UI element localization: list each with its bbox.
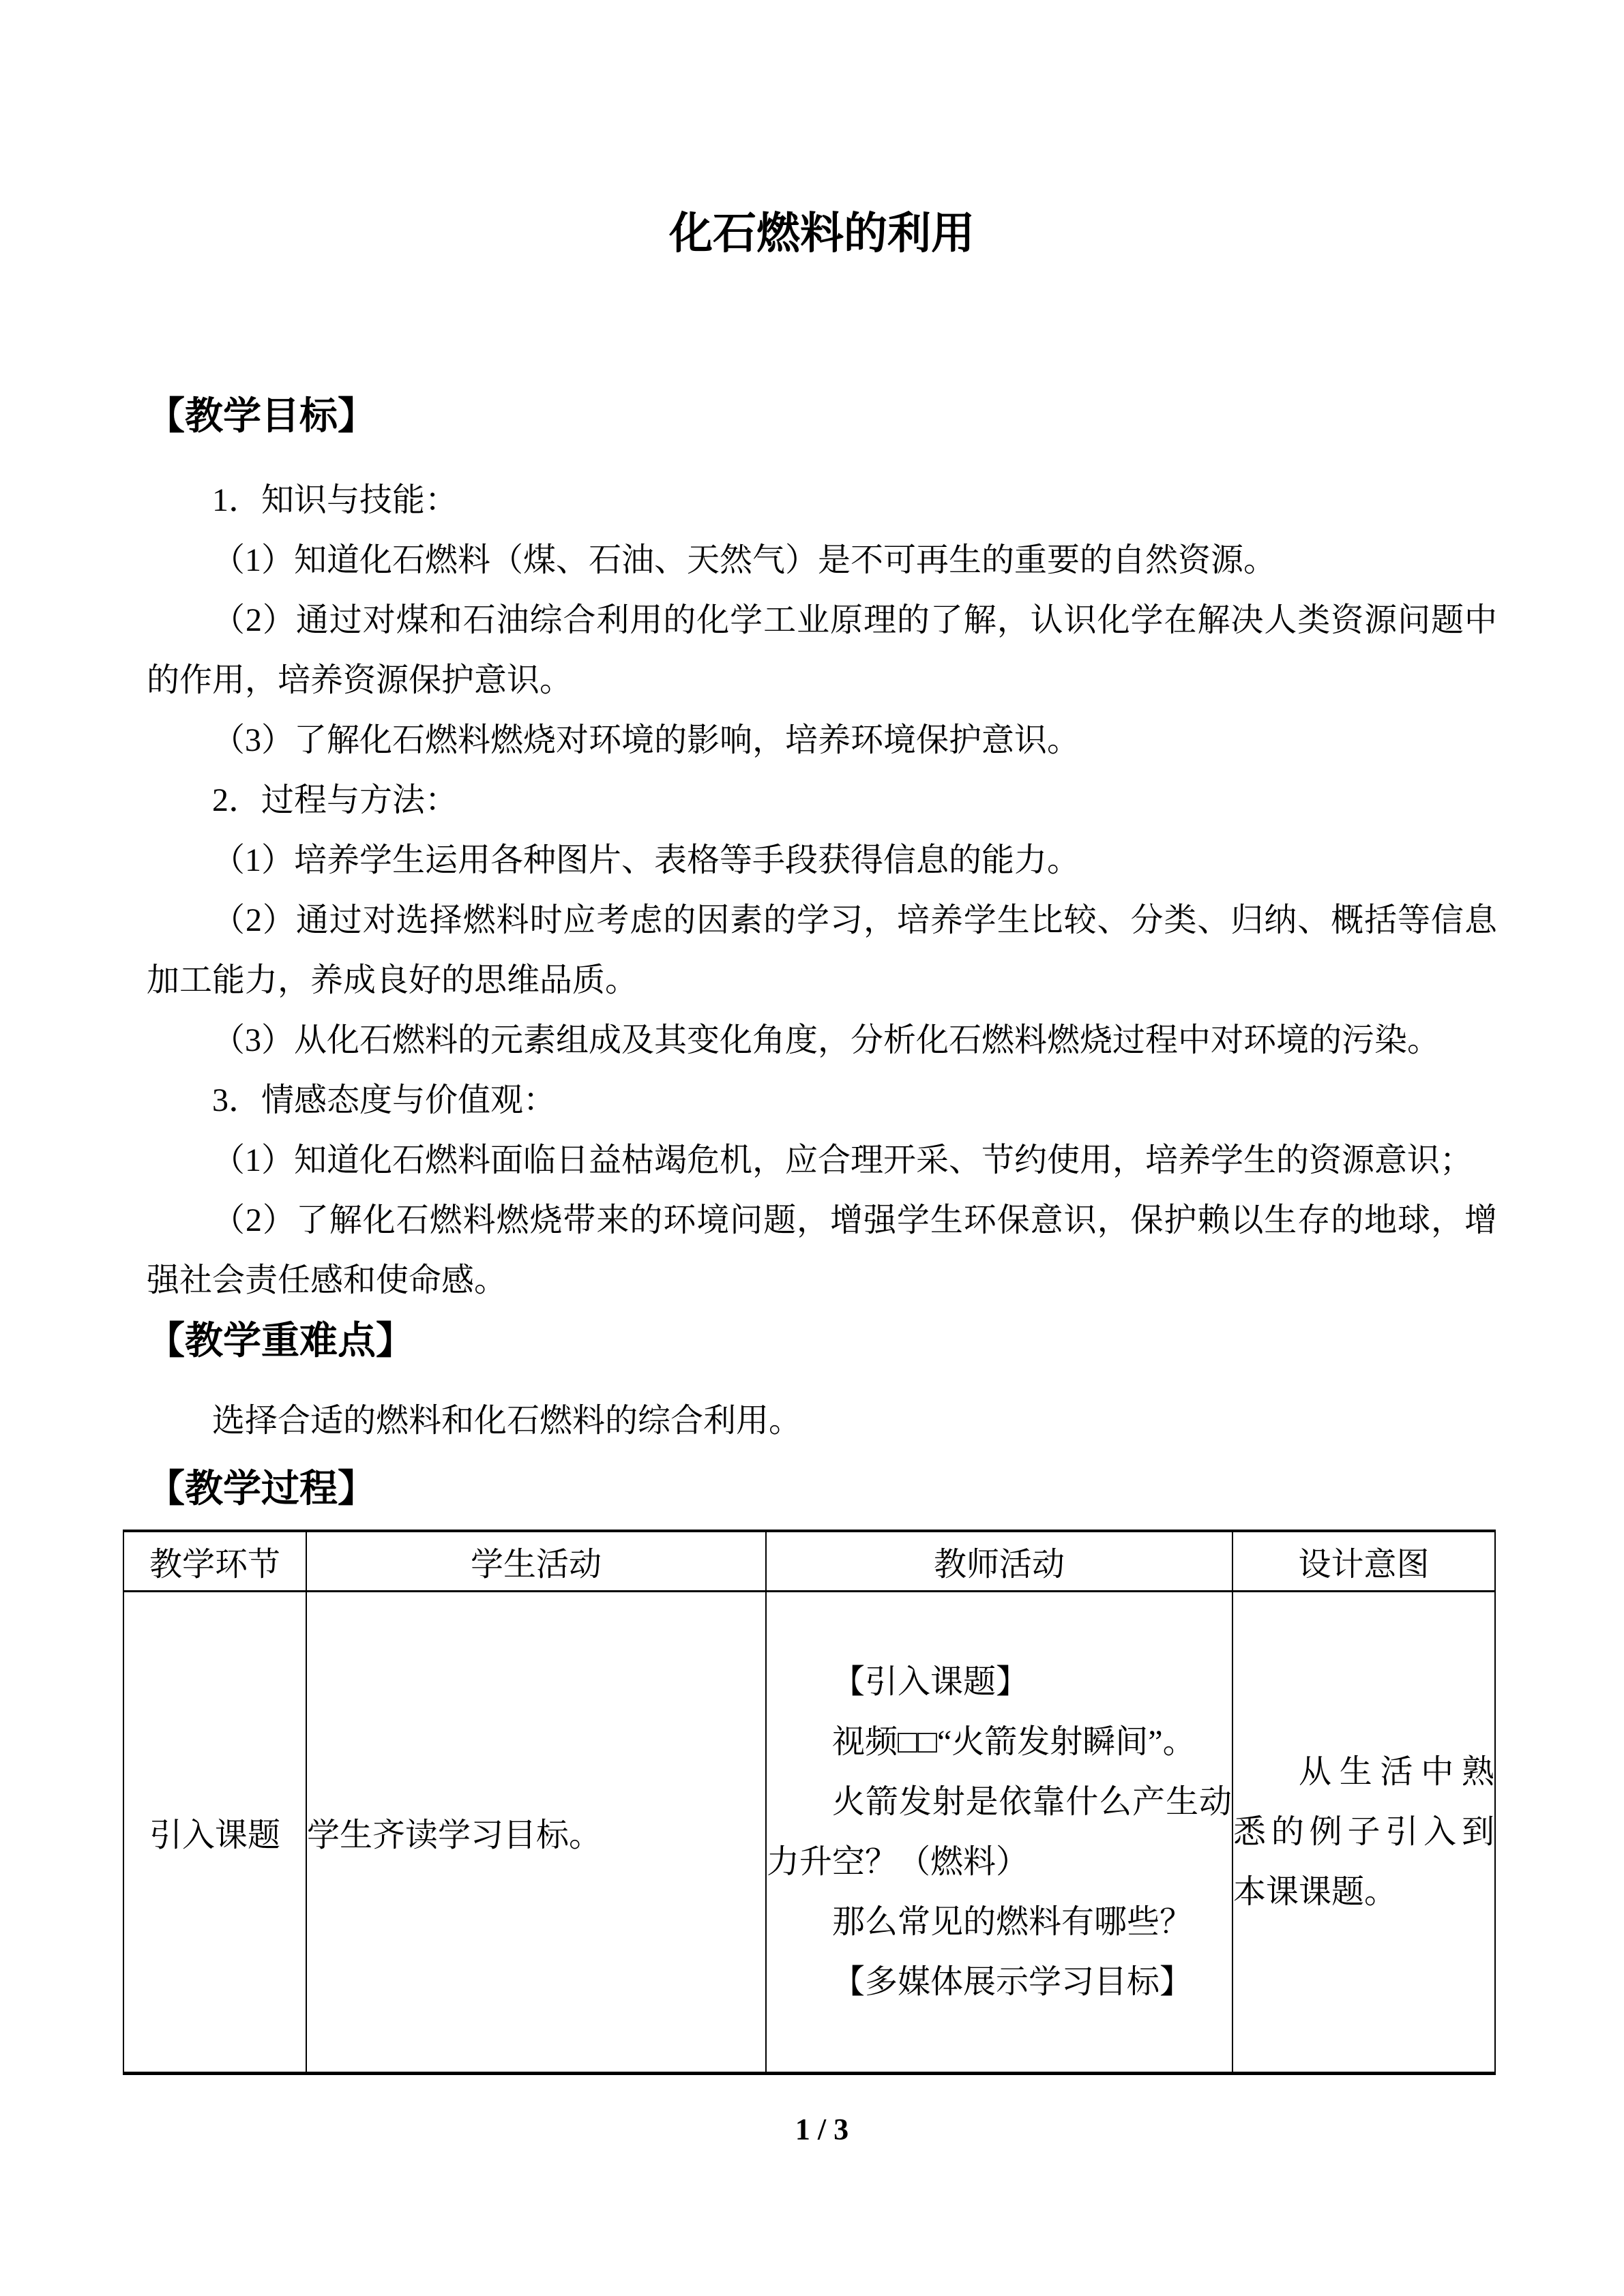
objective-paragraph: （1）知道化石燃料面临日益枯竭危机，应合理开采、节约使用，培养学生的资源意识； — [147, 1131, 1497, 1191]
objective-paragraph: （2）了解化石燃料燃烧带来的环境问题，增强学生环保意识，保护赖以生存的地球，增强… — [147, 1191, 1497, 1311]
heading-teaching-objectives: 【教学目标】 — [147, 389, 1497, 443]
objective-paragraph: （3）了解化石燃料燃烧对环境的影响，培养环境保护意识。 — [147, 711, 1497, 771]
objective-paragraph: （2）通过对选择燃料时应考虑的因素的学习，培养学生比较、分类、归纳、概括等信息加… — [147, 891, 1497, 1011]
document-page: 化石燃料的利用 【教学目标】 1．知识与技能： （1）知道化石燃料（煤、石油、天… — [0, 0, 1624, 2296]
objective-paragraph: 2．过程与方法： — [147, 771, 1497, 831]
column-header-design-intent: 设计意图 — [1232, 1531, 1495, 1592]
heading-teaching-process: 【教学过程】 — [147, 1461, 1497, 1516]
page-number: 1 / 3 — [147, 2109, 1497, 2150]
teacher-activity-paragraph: 【引入课题】 — [767, 1652, 1232, 1712]
teacher-activity-paragraph: 【多媒体展示学习目标】 — [767, 1952, 1232, 2012]
page-title: 化石燃料的利用 — [147, 0, 1497, 265]
heading-key-points: 【教学重难点】 — [147, 1313, 1497, 1368]
objective-paragraph: （1）知道化石燃料（煤、石油、天然气）是不可再生的重要的自然资源。 — [147, 531, 1497, 591]
document-content: 化石燃料的利用 【教学目标】 1．知识与技能： （1）知道化石燃料（煤、石油、天… — [0, 0, 1624, 2150]
teacher-activity-paragraph: 视频□□“火箭发射瞬间”。 — [767, 1712, 1232, 1772]
table-row: 引入课题 学生齐读学习目标。 【引入课题】 视频□□“火箭发射瞬间”。 火箭发射… — [123, 1592, 1495, 2074]
cell-stage: 引入课题 — [123, 1592, 306, 2074]
table-header-row: 教学环节 学生活动 教师活动 设计意图 — [123, 1531, 1495, 1592]
column-header-stage: 教学环节 — [123, 1531, 306, 1592]
column-header-student-activity: 学生活动 — [306, 1531, 766, 1592]
key-points-text: 选择合适的燃料和化石燃料的综合利用。 — [147, 1391, 1497, 1451]
cell-teacher-activity: 【引入课题】 视频□□“火箭发射瞬间”。 火箭发射是依靠什么产生动力升空？（燃料… — [766, 1592, 1232, 2074]
teacher-activity-paragraph: 那么常见的燃料有哪些？ — [767, 1892, 1232, 1952]
design-intent-paragraph: 从生活中熟悉的例子引入到本课课题。 — [1233, 1742, 1494, 1922]
teacher-activity-paragraph: 火箭发射是依靠什么产生动力升空？（燃料） — [767, 1772, 1232, 1892]
cell-design-intent: 从生活中熟悉的例子引入到本课课题。 — [1232, 1592, 1495, 2074]
objectives-section: 1．知识与技能： （1）知道化石燃料（煤、石油、天然气）是不可再生的重要的自然资… — [147, 471, 1497, 1311]
objective-paragraph: 3．情感态度与价值观： — [147, 1071, 1497, 1131]
objective-paragraph: （2）通过对煤和石油综合利用的化学工业原理的了解，认识化学在解决人类资源问题中的… — [147, 591, 1497, 711]
objective-paragraph: （3）从化石燃料的元素组成及其变化角度，分析化石燃料燃烧过程中对环境的污染。 — [147, 1011, 1497, 1071]
teaching-process-table: 教学环节 学生活动 教师活动 设计意图 引入课题 学生齐读学习目标。 【引入课题… — [123, 1530, 1496, 2075]
cell-student-activity: 学生齐读学习目标。 — [306, 1592, 766, 2074]
objective-paragraph: （1）培养学生运用各种图片、表格等手段获得信息的能力。 — [147, 831, 1497, 891]
column-header-teacher-activity: 教师活动 — [766, 1531, 1232, 1592]
objective-paragraph: 1．知识与技能： — [147, 471, 1497, 531]
